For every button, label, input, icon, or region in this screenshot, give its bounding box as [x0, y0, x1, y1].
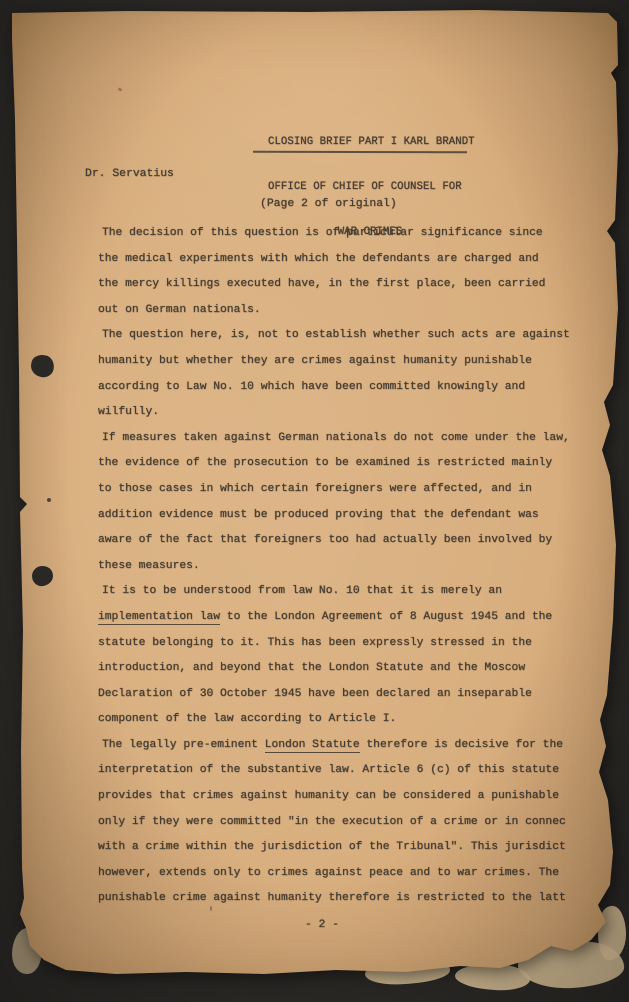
body-line: Declaration of 30 October 1945 have been… — [98, 682, 603, 708]
body-text: according to Law No. 10 which have been … — [98, 381, 525, 393]
paper-speck — [47, 498, 51, 502]
addressee: Dr. Servatius — [85, 168, 174, 180]
header-line-1: CLOSING BRIEF PART I KARL BRANDT — [268, 135, 472, 150]
body-line: punishable crime against humanity theref… — [98, 886, 603, 912]
body-text: introduction, and beyond that the London… — [98, 662, 525, 674]
body-line: The legally pre-eminent London Statute t… — [98, 733, 603, 759]
body-text: humanity but whether they are crimes aga… — [98, 355, 532, 367]
body-text: to those cases in which certain foreigne… — [98, 483, 532, 495]
paper-surface: CLOSING BRIEF PART I KARL BRANDT OFFICE … — [8, 10, 620, 988]
body-line: If measures taken against German nationa… — [98, 426, 603, 452]
body-line: only if they were committed "in the exec… — [98, 810, 603, 836]
body-line: these measures. — [98, 554, 603, 580]
body-text: The decision of this question is of part… — [102, 227, 543, 239]
body-line: the medical experiments with which the d… — [98, 247, 603, 273]
body-text: with a crime within the jurisdiction of … — [98, 841, 566, 853]
punch-hole-top — [29, 353, 56, 379]
body-paragraph: The legally pre-eminent London Statute t… — [98, 733, 603, 912]
body-line: out on German nationals. — [98, 298, 603, 324]
body-text: out on German nationals. — [98, 304, 261, 316]
body-text: however, extends only to crimes against … — [98, 867, 559, 879]
body-text: It is to be understood from law No. 10 t… — [102, 585, 502, 597]
body-paragraph: The decision of this question is of part… — [98, 221, 603, 323]
body-line: introduction, and beyond that the London… — [98, 656, 603, 682]
body-line: aware of the fact that foreigners too ha… — [98, 528, 603, 554]
body-line: statute belonging to it. This has been e… — [98, 631, 603, 657]
body-text: the medical experiments with which the d… — [98, 253, 539, 265]
body-text: The legally pre-eminent — [102, 739, 265, 751]
body-paragraph: The question here, is, not to establish … — [98, 323, 603, 425]
body-line: The question here, is, not to establish … — [98, 323, 603, 349]
body-text: wilfully. — [98, 406, 159, 418]
body-text: If measures taken against German nationa… — [102, 432, 570, 444]
page-number: - 2 - — [305, 913, 339, 939]
header-line-2: OFFICE OF CHIEF OF COUNSEL FOR — [268, 180, 472, 195]
body-line: The decision of this question is of part… — [98, 221, 603, 247]
underlined-text: implementation law — [98, 611, 220, 625]
body-line: the mercy killings executed have, in the… — [98, 272, 603, 298]
body-text: the evidence of the prosecution to be ex… — [98, 457, 552, 469]
document-body: The decision of this question is of part… — [98, 221, 603, 912]
body-line: to those cases in which certain foreigne… — [98, 477, 603, 503]
body-line: implementation law to the London Agreeme… — [98, 605, 603, 631]
body-line: provides that crimes against humanity ca… — [98, 784, 603, 810]
body-text: Declaration of 30 October 1945 have been… — [98, 688, 532, 700]
body-line: humanity but whether they are crimes aga… — [98, 349, 603, 375]
body-paragraph: If measures taken against German nationa… — [98, 426, 603, 580]
body-line: according to Law No. 10 which have been … — [98, 375, 603, 401]
body-line: with a crime within the jurisdiction of … — [98, 835, 603, 861]
body-text: therefore is decisive for the — [360, 739, 563, 751]
body-text: addition evidence must be produced provi… — [98, 509, 539, 521]
punch-hole-bottom — [31, 565, 55, 588]
body-line: component of the law according to Articl… — [98, 707, 603, 733]
body-line: interpretation of the substantive law. A… — [98, 758, 603, 784]
body-text: aware of the fact that foreigners too ha… — [98, 534, 552, 546]
body-text: component of the law according to Articl… — [98, 713, 396, 725]
body-text: provides that crimes against humanity ca… — [98, 790, 559, 802]
body-paragraph: It is to be understood from law No. 10 t… — [98, 579, 603, 733]
body-text: to the London Agreement of 8 August 1945… — [220, 611, 552, 623]
body-line: wilfully. — [98, 400, 603, 426]
body-line: the evidence of the prosecution to be ex… — [98, 451, 603, 477]
document-page: CLOSING BRIEF PART I KARL BRANDT OFFICE … — [8, 10, 620, 988]
body-text: only if they were committed "in the exec… — [98, 816, 566, 828]
body-line: however, extends only to crimes against … — [98, 861, 603, 887]
body-text: statute belonging to it. This has been e… — [98, 637, 532, 649]
page-note: (Page 2 of original) — [260, 198, 397, 210]
underlined-text: London Statute — [265, 739, 360, 753]
body-line: It is to be understood from law No. 10 t… — [98, 579, 603, 605]
scan-background: CLOSING BRIEF PART I KARL BRANDT OFFICE … — [0, 0, 629, 1002]
body-line: addition evidence must be produced provi… — [98, 503, 603, 529]
body-text: the mercy killings executed have, in the… — [98, 278, 545, 290]
body-text: punishable crime against humanity theref… — [98, 892, 566, 904]
paper-speck — [118, 87, 123, 92]
body-text: interpretation of the substantive law. A… — [98, 764, 559, 776]
body-text: these measures. — [98, 560, 200, 572]
body-text: The question here, is, not to establish … — [102, 329, 570, 341]
